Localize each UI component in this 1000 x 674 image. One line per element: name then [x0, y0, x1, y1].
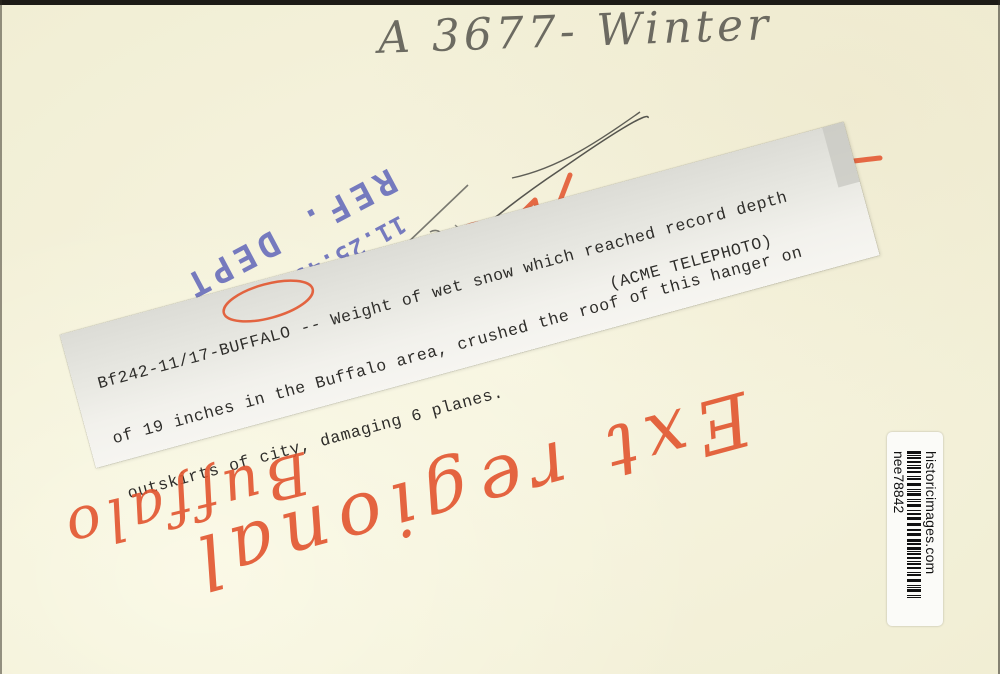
barcode-sticker: historicimages.com nee78842 — [887, 432, 943, 626]
top-edge-border — [0, 0, 1000, 5]
sticker-site-name: historicimages.com — [923, 451, 939, 574]
sticker-content: historicimages.com nee78842 — [889, 439, 941, 619]
barcode-icon — [907, 451, 921, 601]
sticker-sku: nee78842 — [891, 451, 907, 513]
left-edge-border — [0, 0, 2, 674]
